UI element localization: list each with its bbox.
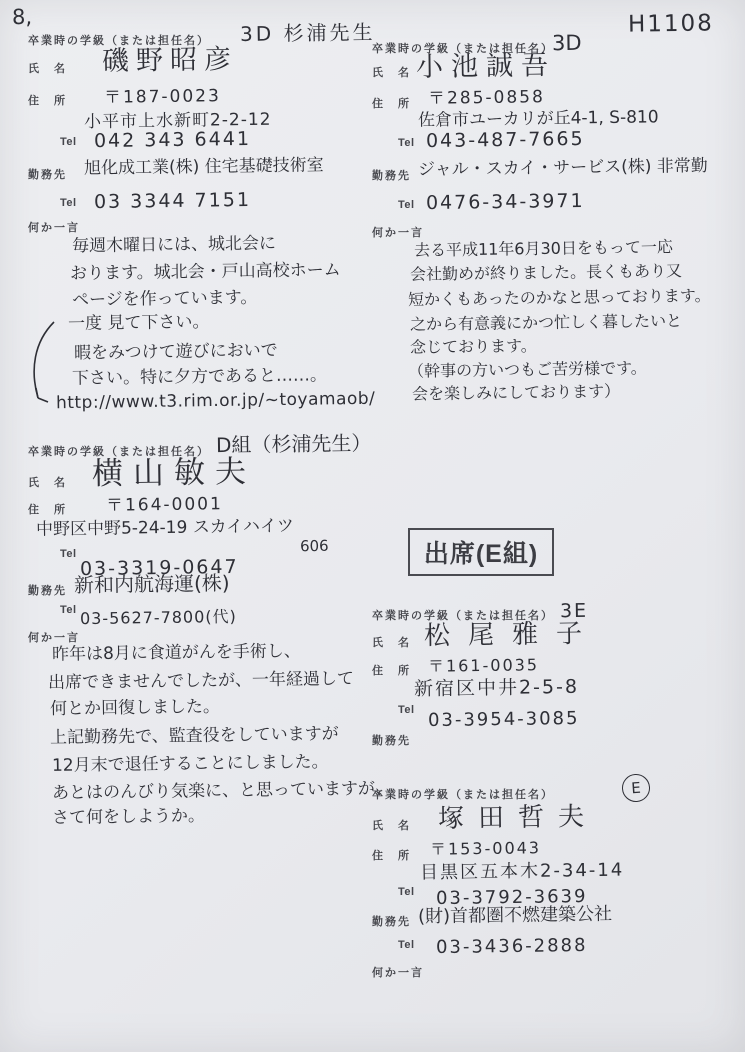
- address-value: 目黒区五本木2-34-14: [420, 861, 625, 884]
- workplace-tel-value: 03-3436-2888: [436, 936, 588, 958]
- workplace-label: 勤務先: [372, 913, 411, 929]
- name-label: 氏 名: [372, 817, 411, 833]
- workplace-value: (財)首都圏不燃建築公社: [418, 905, 612, 928]
- entry-tsukada: 卒業時の学級（または担任名） E 氏 名 塚田哲夫 住 所 〒153-0043 …: [0, 0, 745, 1052]
- postal-value: 〒153-0043: [430, 839, 541, 858]
- circled-class-value: E: [621, 773, 651, 803]
- address-label: 住 所: [372, 847, 411, 863]
- name-value: 塚田哲夫: [438, 803, 598, 834]
- scanned-questionnaire-page: 8, H1108 卒業時の学級（または担任名） 3D 杉浦先生 氏 名 磯野昭彦…: [0, 0, 745, 1052]
- tel-label: Tel: [398, 886, 415, 898]
- class-label: 卒業時の学級（または担任名）: [372, 786, 554, 802]
- comment-label: 何か一言: [372, 964, 424, 980]
- workplace-tel-label: Tel: [398, 939, 415, 951]
